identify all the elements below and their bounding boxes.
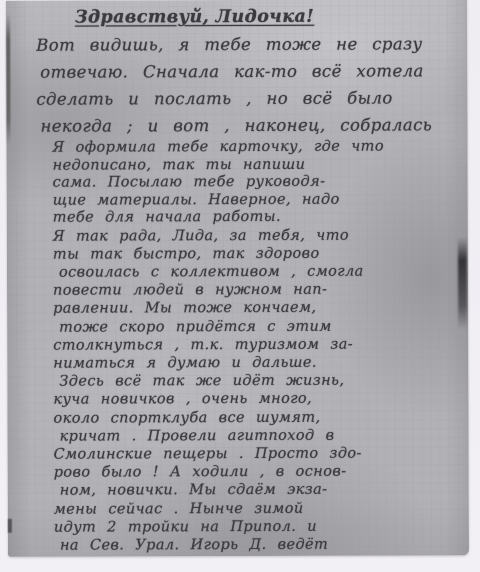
letter-line: кричат . Провели агитпоход в xyxy=(8,426,469,446)
scan-edge-streak xyxy=(6,13,10,145)
letter-line: Здесь всё так же идёт жизнь, xyxy=(7,371,468,391)
letter-line: тебе для начала работы. xyxy=(7,208,468,227)
letter-line: Я оформила тебе карточку, где что xyxy=(7,138,468,157)
letter-line: некогда ; и вот , наконец, собралась xyxy=(6,111,467,140)
letter-line: ном, новички. Мы сдаём экза- xyxy=(8,481,469,501)
scan-mark xyxy=(8,519,12,533)
letter-line: ты так быстро, так здорово xyxy=(7,244,468,264)
letter-line: щие материалы. Наверное, надо xyxy=(7,191,468,210)
letter-line: ниматься я думаю и дальше. xyxy=(7,353,468,373)
letter-line: мены сейчас . Нынче зимой xyxy=(8,499,469,519)
letter-line: на Сев. Урал. Игорь Д. ведёт xyxy=(8,535,469,555)
letter-body: Вот видишь, я тебе тоже не сразу отвечаю… xyxy=(6,30,469,555)
letter-line: рово было ! А ходили , в основ- xyxy=(8,462,469,482)
letter-line: куча новичков , очень много, xyxy=(7,390,468,410)
letter-line: повести людей в нужном нап- xyxy=(7,280,468,300)
letter-line: недописано, так ты напиши xyxy=(7,156,468,175)
letter-line: Я так рада, Лида, за тебя, что xyxy=(7,226,468,246)
letter-line: около спортклуба все шумят, xyxy=(7,408,468,428)
letter-line: идут 2 тройки на Припол. и xyxy=(8,517,469,537)
letter-line: отвечаю. Сначала как-то всё хотела xyxy=(6,57,467,86)
letter-line: равлении. Мы тоже кончаем, xyxy=(7,299,468,319)
letter-line: Вот видишь, я тебе тоже не сразу xyxy=(6,30,467,59)
letter-line: Смолинские пещеры . Просто здо- xyxy=(8,444,469,464)
letter-line: столкнуться , т.к. туризмом за- xyxy=(7,335,468,355)
scanned-letter-image: Здравствуй, Лидочка! Вот видишь, я тебе … xyxy=(0,0,480,572)
letter-line: сама. Посылаю тебе руководя- xyxy=(7,173,468,192)
scan-smudge xyxy=(458,237,467,329)
letter-page: Здравствуй, Лидочка! Вот видишь, я тебе … xyxy=(6,0,469,557)
letter-line: освоилась с коллективом , смогла xyxy=(7,262,468,282)
letter-heading: Здравствуй, Лидочка! xyxy=(0,6,425,28)
letter-line: сделать и послать , но всё было xyxy=(6,84,467,113)
letter-line: тоже скоро придётся с этим xyxy=(7,317,468,337)
